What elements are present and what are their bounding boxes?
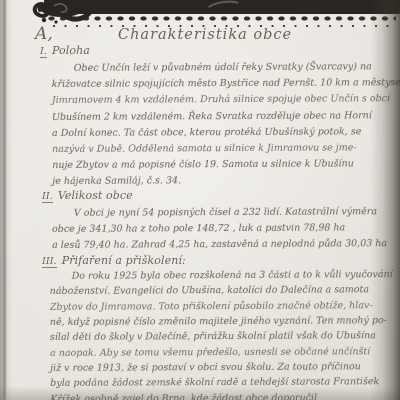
handwritten-line: V obci je nyní 54 popisných čísel a 232 … [52,204,387,222]
handwritten-line: křižovatce silnic spojujících město Byst… [52,75,400,93]
paragraph-poloha: Obec Unčín leží v půvabném údolí řeky Sv… [52,59,400,190]
handwritten-line: a naopak. Aby se tomu všemu předešlo, us… [50,344,393,361]
section-numeral: III. [42,256,57,268]
handwritten-line: Do roku 1925 byla obec rozškolená na 3 č… [50,267,393,284]
handwritten-line: Obec Unčín leží v půvabném údolí řeky Sv… [52,59,400,77]
handwritten-line: nuje Zbytov a má popisné číslo 19. Samot… [52,156,400,174]
section-heading-prifareni: III.Přifaření a přiškolení: [42,254,186,268]
handwritten-line: ně, když popisné číslo změnilo majitele … [50,313,393,330]
handwritten-line: Ubušínem 2 km vzdáleném. Řeka Svratka ro… [52,108,400,126]
handwritten-line: byla podána žádost zemské školní radě a … [50,375,393,392]
section-title: Poloha [52,44,90,57]
section-numeral: I. [40,46,47,58]
scan-left-shadow [0,0,12,400]
section-numeral: II. [42,191,53,203]
handwritten-line: náboženství. Evangelíci do Ubušína, kato… [50,282,393,299]
section-heading-poloha: I.Poloha [40,44,90,58]
section-title: Přifaření a přiškolení: [62,254,186,267]
paragraph-velikost: V obci je nyní 54 popisných čísel a 232 … [52,204,387,254]
handwritten-line: obce je 341,30 ha z toho pole 148,72 , l… [52,220,387,238]
handwritten-line: je hájenka Samiláj, č.s. 34. [52,172,400,190]
handwritten-line: a lesů 79,40 ha. Zahrad 4,25 ha, zastavě… [52,236,387,254]
section-heading-velikost: II.Velikost obce [42,189,133,203]
handwritten-line: nazývá v Dubě. Oddělená samota u silnice… [52,140,400,158]
handwritten-line-clipped: Křížek osobně zajel do Brna, kde žádost … [50,390,393,400]
handwritten-line: a Dolní konec. Ta část obce, kterou prot… [52,124,400,142]
paragraph-prifareni: Do roku 1925 byla obec rozškolená na 3 č… [50,267,394,400]
corner-label: A, [35,24,53,44]
section-title: Velikost obce [58,189,133,202]
scan-fold-line [3,0,6,400]
page-title: Charakteristika obce [118,27,292,43]
scanned-chronicle-page: A, Charakteristika obce I.Poloha Obec Un… [0,0,400,400]
bead-chain-icon [46,14,396,23]
handwritten-line: Jimramovem 4 km vzdáleném. Druhá silnice… [52,91,400,109]
handwritten-line: již v roce 1913, že si postaví v obci sv… [50,359,393,376]
handwritten-line: Zbytov do Jimramova. Toto přiškolení půs… [50,298,393,315]
handwritten-line: sílal děti do školy v Dalečíně, přirážku… [50,328,393,345]
